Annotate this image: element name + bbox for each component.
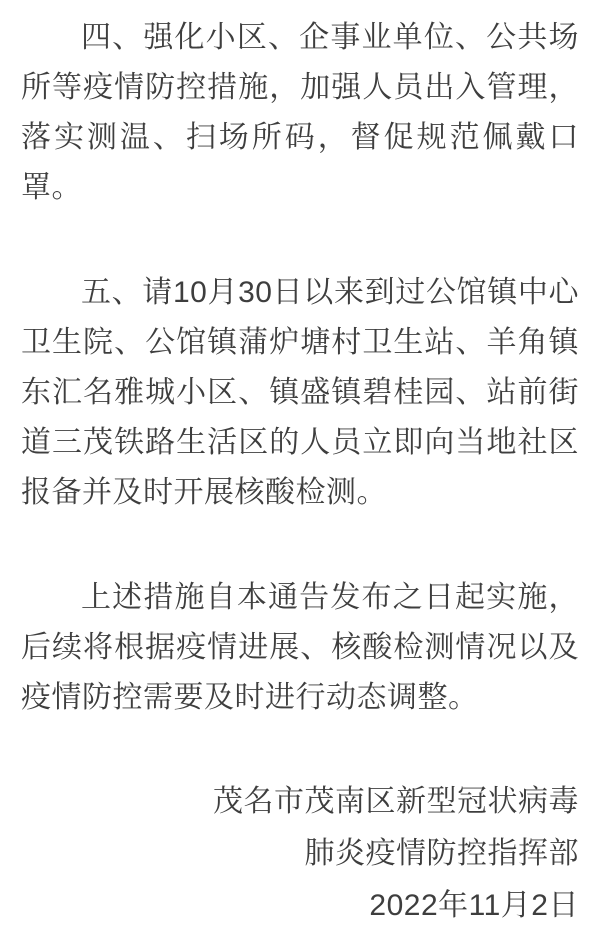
notice-paragraph-item-4: 四、强化小区、企事业单位、公共场所等疫情防控措施，加强人员出入管理，落实测温、扫… bbox=[21, 13, 579, 213]
signature-org-line-1: 茂名市茂南区新型冠状病毒 bbox=[21, 776, 579, 828]
notice-paragraph-implementation: 上述措施自本通告发布之日起实施，后续将根据疫情进展、核酸检测情况以及疫情防控需要… bbox=[21, 573, 579, 723]
signature-date: 2022年11月2日 bbox=[21, 880, 579, 932]
notice-paragraph-item-5: 五、请10月30日以来到过公馆镇中心卫生院、公馆镇蒲炉塘村卫生站、羊角镇东汇名雅… bbox=[21, 268, 579, 518]
signature-block: 茂名市茂南区新型冠状病毒 肺炎疫情防控指挥部 2022年11月2日 bbox=[21, 776, 579, 932]
signature-org-line-2: 肺炎疫情防控指挥部 bbox=[21, 828, 579, 880]
notice-document: 四、强化小区、企事业单位、公共场所等疫情防控措施，加强人员出入管理，落实测温、扫… bbox=[0, 0, 600, 941]
